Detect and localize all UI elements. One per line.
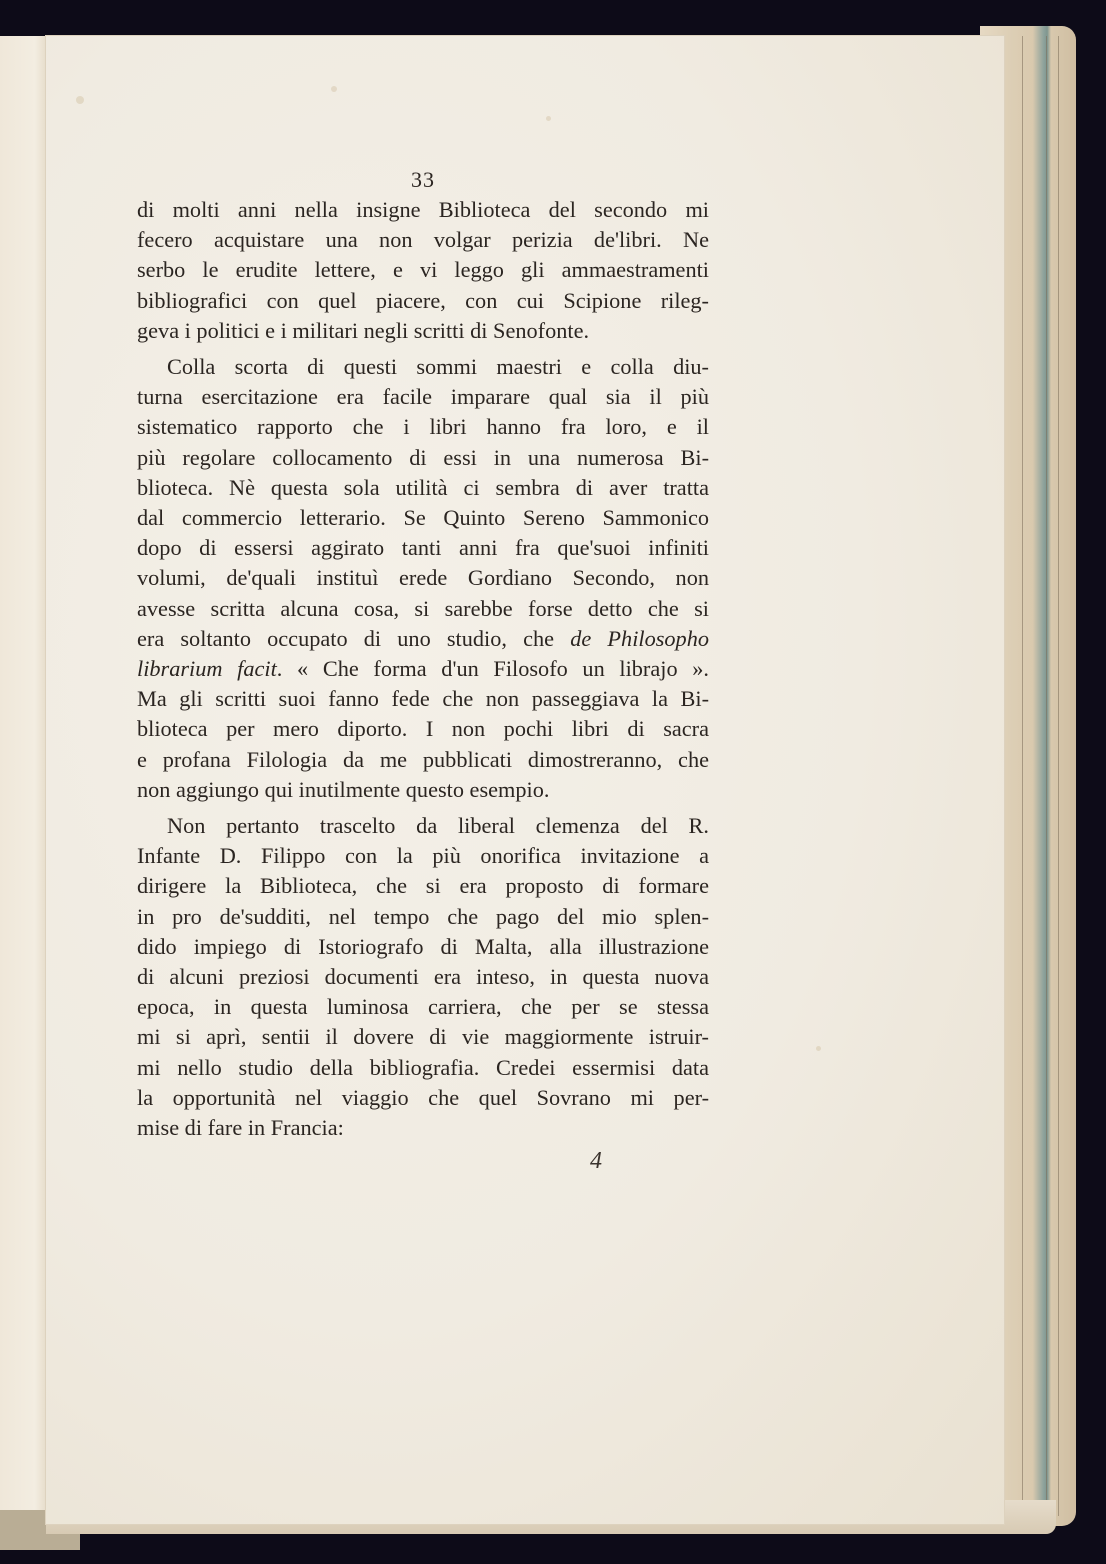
text-line: fecero acquistare una non volgar perizia… [137,225,709,255]
text-line: Ma gli scritti suoi fanno fede che non p… [137,684,709,714]
text-line: volumi, de'quali instituì erede Gordiano… [137,563,709,593]
paragraph: Colla scorta di questi sommi maestri e c… [137,352,709,805]
text-line: la opportunità nel viaggio che quel Sovr… [137,1083,709,1113]
text-line: dido impiego di Istoriografo di Malta, a… [137,932,709,962]
text-line: era soltanto occupato di uno studio, che… [137,624,709,654]
text-line: Non pertanto trascelto da liberal clemen… [137,811,709,841]
signature-mark: 4 [590,1148,602,1175]
left-page-edge [0,36,52,1516]
text-line: dopo di essersi aggirato tanti anni fra … [137,533,709,563]
page-number: 33 [137,165,709,195]
text-line: dirigere la Biblioteca, che si era propo… [137,871,709,901]
paragraph: di molti anni nella insigne Biblioteca d… [137,195,709,346]
text-line: in pro de'sudditi, nel tempo che pago de… [137,902,709,932]
text-line: più regolare collocamento di essi in una… [137,443,709,473]
paragraphs: di molti anni nella insigne Biblioteca d… [137,195,709,1143]
text-line: mise di fare in Francia: [137,1113,709,1143]
paragraph: Non pertanto trascelto da liberal clemen… [137,811,709,1143]
text-line: Infante D. Filippo con la più onorifica … [137,841,709,871]
text-line: bibliografici con quel piacere, con cui … [137,286,709,316]
text-line: di molti anni nella insigne Biblioteca d… [137,195,709,225]
text-line: sistematico rapporto che i libri hanno f… [137,412,709,442]
text-line: blioteca per mero diporto. I non pochi l… [137,714,709,744]
text-line: non aggiungo qui inutilmente questo esem… [137,775,709,805]
text-line: blioteca. Nè questa sola utilità ci semb… [137,473,709,503]
text-line: Colla scorta di questi sommi maestri e c… [137,352,709,382]
page-text: 33 di molti anni nella insigne Bibliotec… [137,165,709,1143]
text-line: avesse scritta alcuna cosa, si sarebbe f… [137,594,709,624]
text-line: mi si aprì, sentii il dovere di vie magg… [137,1022,709,1052]
text-line: epoca, in questa luminosa carriera, che … [137,992,709,1022]
text-line: geva i politici e i militari negli scrit… [137,316,709,346]
text-line: mi nello studio della bibliografia. Cred… [137,1053,709,1083]
text-line: dal commercio letterario. Se Quinto Sere… [137,503,709,533]
text-line: serbo le erudite lettere, e vi leggo gli… [137,255,709,285]
text-line: librarium facit. « Che forma d'un Filoso… [137,654,709,684]
text-line: turna esercitazione era facile imparare … [137,382,709,412]
text-line: e profana Filologia da me pubblicati dim… [137,745,709,775]
text-line: di alcuni preziosi documenti era inteso,… [137,962,709,992]
